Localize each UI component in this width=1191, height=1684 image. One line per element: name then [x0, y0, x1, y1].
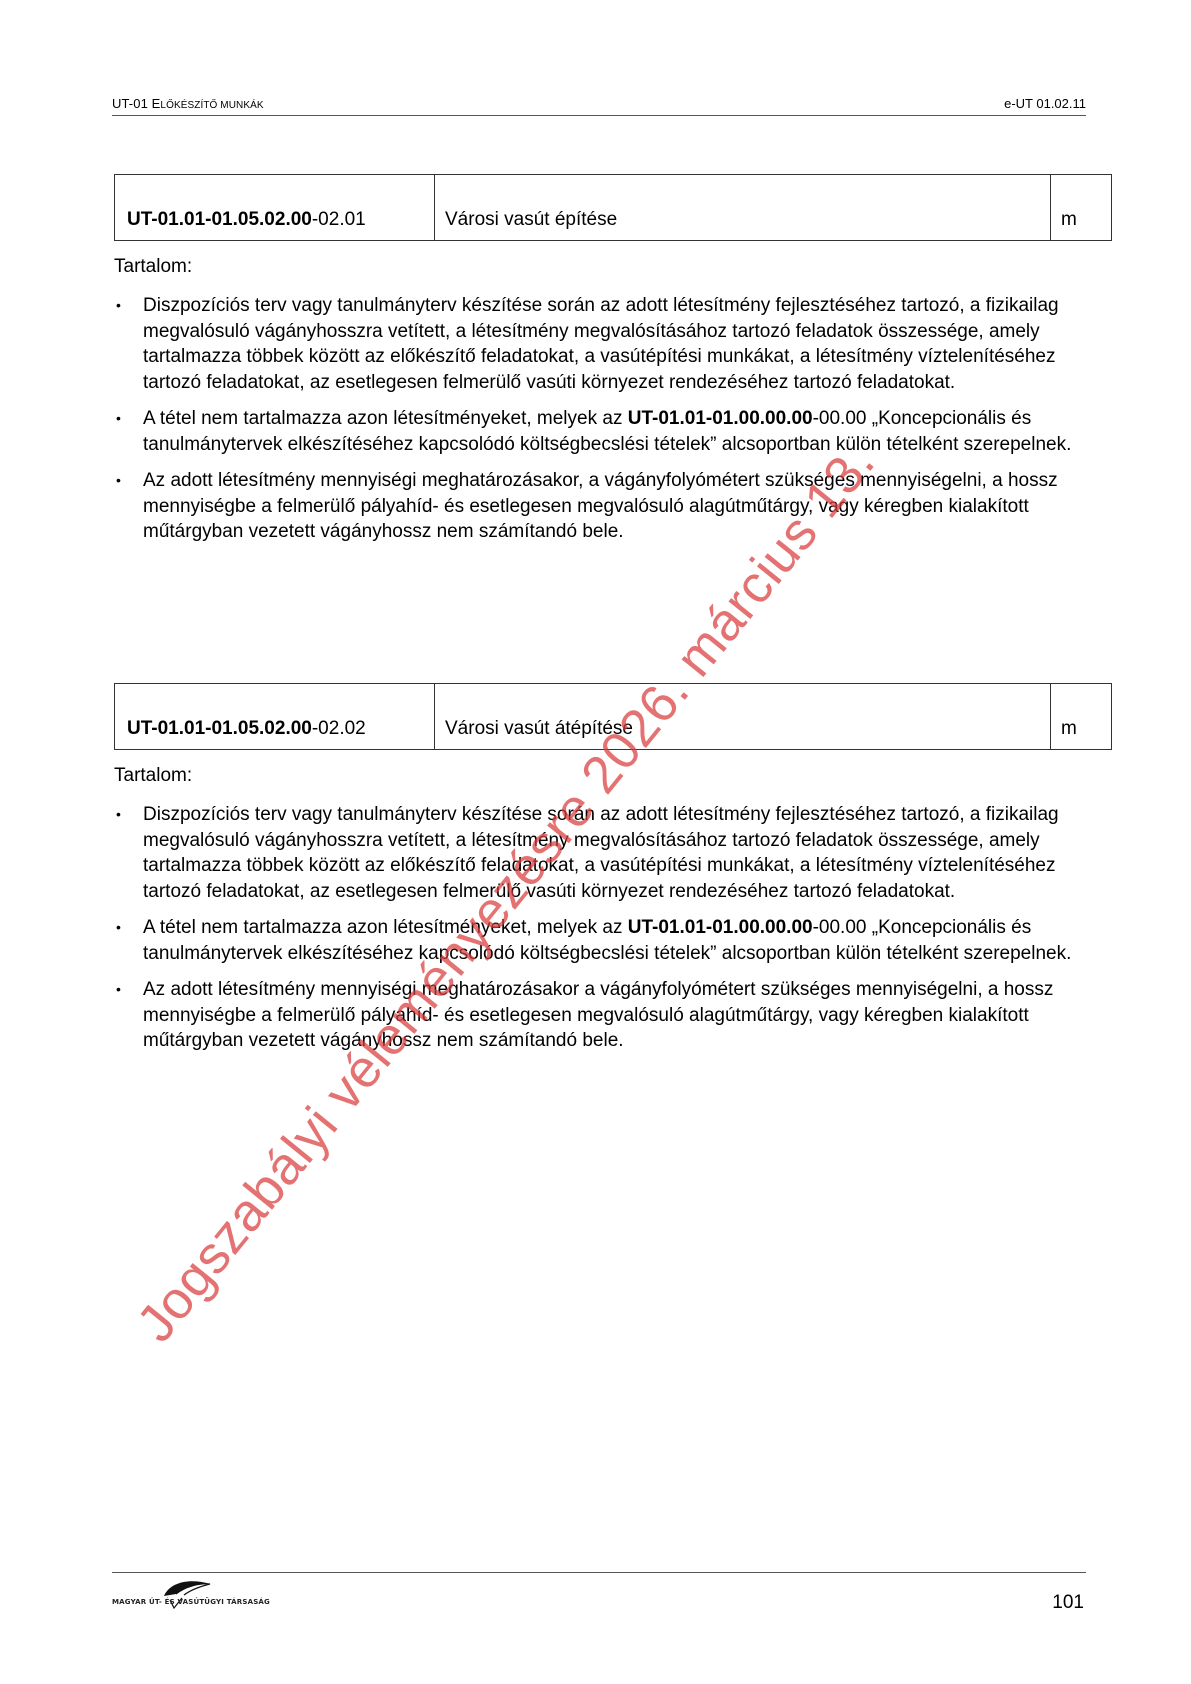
reference-code: UT-01.01-01.00.00.00 — [628, 408, 813, 429]
header-document-code: e-UT 01.02.11 — [1004, 96, 1086, 111]
item-title: Városi vasút építése — [435, 175, 1051, 241]
bullet-icon: • — [116, 293, 121, 319]
list-item: •A tétel nem tartalmazza azon létesítmén… — [114, 406, 1078, 457]
bullet-icon: • — [116, 802, 121, 828]
item-table-1: UT-01.01-01.05.02.00-02.01 Városi vasút … — [114, 174, 1112, 241]
item-content-2: Tartalom: •Diszpozíciós terv vagy tanulm… — [114, 764, 1114, 1065]
item-content-1: Tartalom: •Diszpozíciós terv vagy tanulm… — [114, 255, 1114, 556]
header-chapter-code: UT-01 — [112, 96, 152, 111]
reference-code: UT-01.01-01.00.00.00 — [628, 917, 813, 938]
item-unit: m — [1051, 684, 1112, 750]
list-item: •A tétel nem tartalmazza azon létesítmén… — [114, 915, 1078, 966]
page-header: UT-01 ELŐKÉSZÍTŐ MUNKÁK e-UT 01.02.11 — [112, 96, 1086, 116]
list-item: •Az adott létesítmény mennyiségi meghatá… — [114, 468, 1078, 545]
page-number: 101 — [1052, 1592, 1084, 1614]
header-chapter-title: UT-01 ELŐKÉSZÍTŐ MUNKÁK — [112, 96, 264, 111]
item-table-2: UT-01.01-01.05.02.00-02.02 Városi vasút … — [114, 683, 1112, 750]
item-code: UT-01.01-01.05.02.00-02.01 — [115, 175, 435, 241]
bullet-icon: • — [116, 977, 121, 1003]
bullet-icon: • — [116, 406, 121, 432]
bullet-icon: • — [116, 915, 121, 941]
bullet-icon: • — [116, 468, 121, 494]
logo-text: MAGYAR ÚT- ÉS VASÚTÜGYI TÁRSASÁG — [112, 1598, 270, 1606]
content-bullet-list: •Diszpozíciós terv vagy tanulmányterv ké… — [114, 293, 1114, 545]
item-code: UT-01.01-01.05.02.00-02.02 — [115, 684, 435, 750]
list-item: •Az adott létesítmény mennyiségi meghatá… — [114, 977, 1078, 1054]
item-unit: m — [1051, 175, 1112, 241]
content-bullet-list: •Diszpozíciós terv vagy tanulmányterv ké… — [114, 802, 1114, 1054]
item-title: Városi vasút átépítése — [435, 684, 1051, 750]
footer-rule — [112, 1572, 1086, 1573]
content-label: Tartalom: — [114, 764, 1114, 788]
content-label: Tartalom: — [114, 255, 1114, 279]
list-item: •Diszpozíciós terv vagy tanulmányterv ké… — [114, 802, 1078, 904]
document-page: UT-01 ELŐKÉSZÍTŐ MUNKÁK e-UT 01.02.11 UT… — [0, 0, 1191, 1684]
list-item: •Diszpozíciós terv vagy tanulmányterv ké… — [114, 293, 1078, 395]
company-logo: MAGYAR ÚT- ÉS VASÚTÜGYI TÁRSASÁG — [112, 1574, 262, 1614]
logo-swoosh-icon — [112, 1574, 262, 1614]
header-rule — [112, 115, 1086, 116]
